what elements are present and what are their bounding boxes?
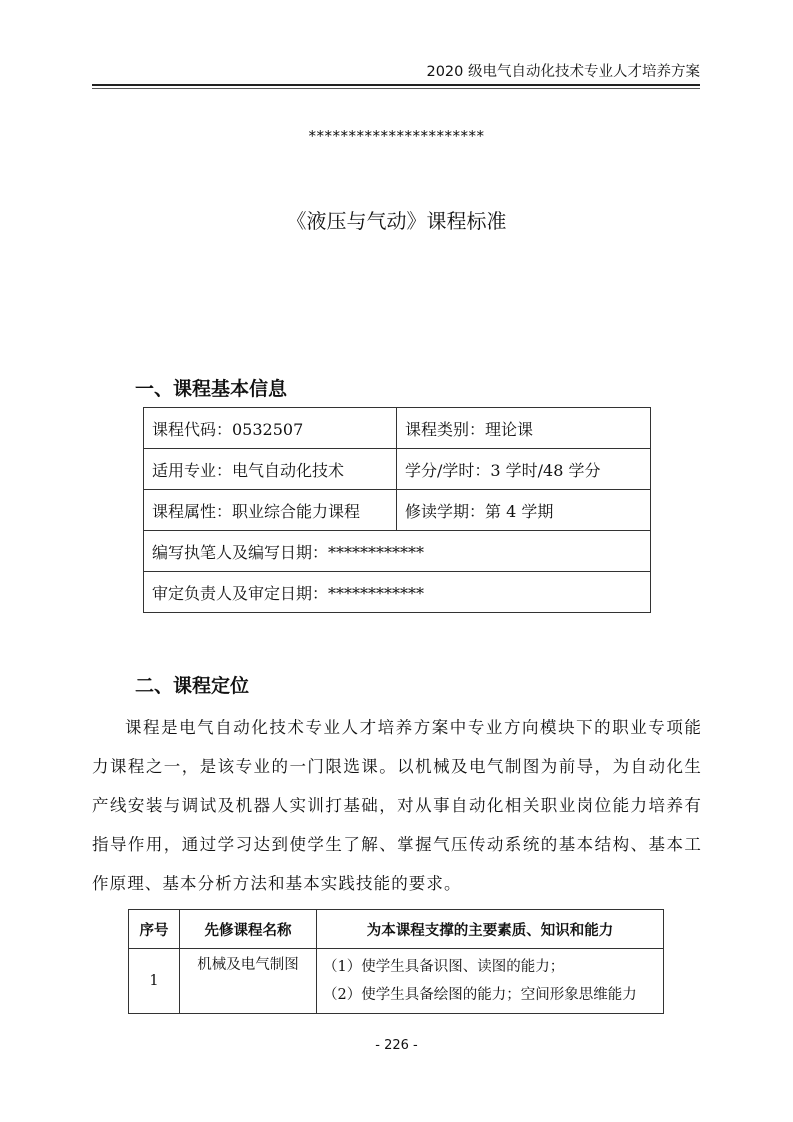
- table-row: 审定负责人及审定日期：************: [144, 572, 651, 613]
- running-header: 2020 级电气自动化技术专业人才培养方案: [92, 60, 700, 81]
- table-header-row: 序号 先修课程名称 为本课程支撑的主要素质、知识和能力: [129, 910, 664, 949]
- column-header-course-name: 先修课程名称: [180, 910, 317, 949]
- semester-cell: 修读学期：第 4 学期: [397, 490, 651, 531]
- column-header-seq: 序号: [129, 910, 180, 949]
- table-row: 1 机械及电气制图 （1）使学生具备识图、读图的能力； （2）使学生具备绘图的能…: [129, 949, 664, 1014]
- prerequisite-courses-table: 序号 先修课程名称 为本课程支撑的主要素质、知识和能力 1 机械及电气制图 （1…: [128, 909, 664, 1014]
- reviewer-date-cell: 审定负责人及审定日期：************: [144, 572, 651, 613]
- author-date-cell: 编写执笔人及编写日期：************: [144, 531, 651, 572]
- ability-item: （2）使学生具备绘图的能力；空间形象思维能力: [323, 981, 657, 1009]
- course-positioning-paragraph: 课程是电气自动化技术专业人才培养方案中专业方向模块下的职业专项能力课程之一，是该…: [92, 708, 702, 903]
- abilities-cell: （1）使学生具备识图、读图的能力； （2）使学生具备绘图的能力；空间形象思维能力: [317, 949, 664, 1014]
- table-row: 适用专业：电气自动化技术 学分/学时：3 学时/48 学分: [144, 449, 651, 490]
- ability-item: （1）使学生具备识图、读图的能力；: [323, 953, 657, 981]
- course-attribute-cell: 课程属性：职业综合能力课程: [144, 490, 397, 531]
- credits-hours-cell: 学分/学时：3 学时/48 学分: [397, 449, 651, 490]
- section-heading-basic-info: 一、课程基本信息: [135, 374, 287, 401]
- column-header-abilities: 为本课程支撑的主要素质、知识和能力: [317, 910, 664, 949]
- applicable-major-cell: 适用专业：电气自动化技术: [144, 449, 397, 490]
- course-code-cell: 课程代码：0532507: [144, 408, 397, 449]
- header-divider: [92, 84, 700, 89]
- course-info-table: 课程代码：0532507 课程类别：理论课 适用专业：电气自动化技术 学分/学时…: [143, 407, 651, 613]
- table-row: 编写执笔人及编写日期：************: [144, 531, 651, 572]
- table-row: 课程属性：职业综合能力课程 修读学期：第 4 学期: [144, 490, 651, 531]
- redacted-placeholder: **********************: [0, 127, 793, 145]
- table-row: 课程代码：0532507 课程类别：理论课: [144, 408, 651, 449]
- section-heading-course-positioning: 二、课程定位: [135, 671, 249, 698]
- document-title: 《液压与气动》课程标准: [0, 205, 793, 234]
- page-number: - 226 -: [0, 1038, 793, 1053]
- course-type-cell: 课程类别：理论课: [397, 408, 651, 449]
- course-name-cell: 机械及电气制图: [180, 949, 317, 1014]
- seq-cell: 1: [129, 949, 180, 1014]
